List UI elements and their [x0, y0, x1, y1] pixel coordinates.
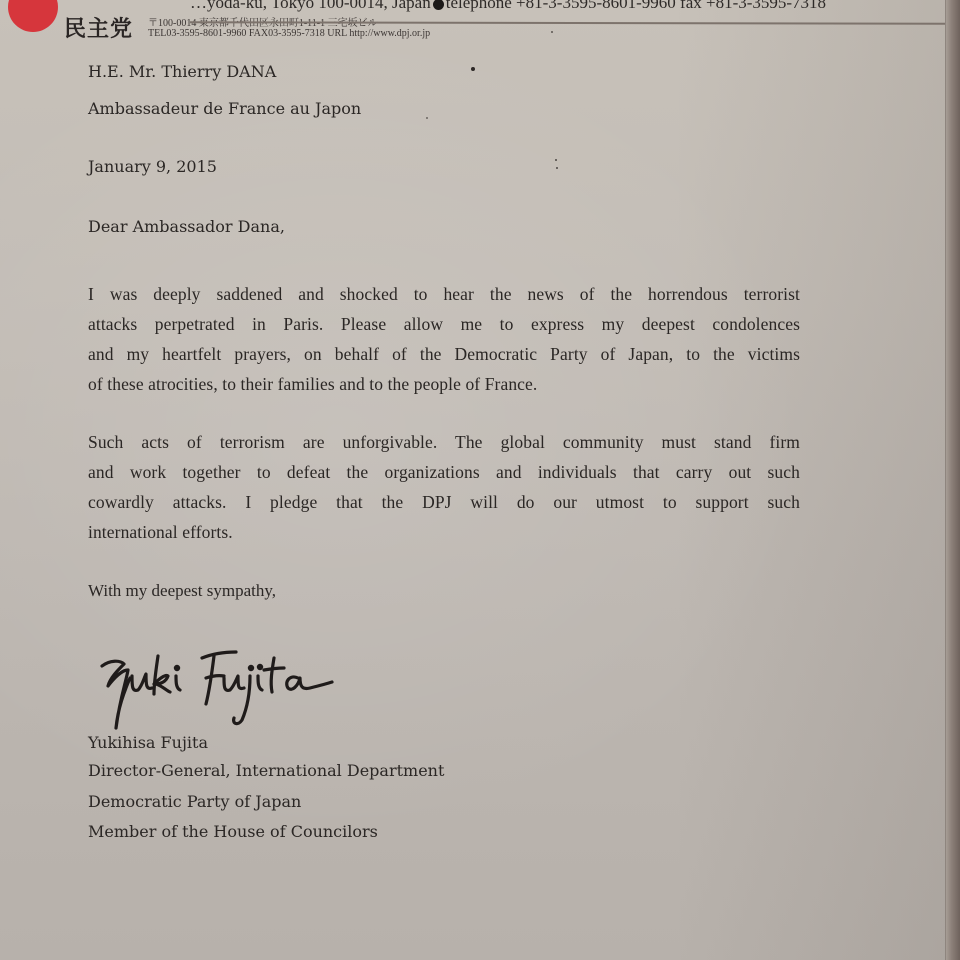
paragraph-line: I was deeply saddened and shocked to hea… — [88, 279, 800, 309]
paper-speck — [556, 167, 558, 169]
letterhead-contact-jp: TEL03-3595-8601-9960 FAX03-3595-7318 URL… — [148, 28, 430, 39]
page-edge — [945, 0, 960, 960]
signatory-position: Director-General, International Departme… — [88, 761, 444, 780]
paper-speck — [426, 117, 428, 119]
salutation: Dear Ambassador Dana, — [88, 217, 285, 236]
recipient-title: Ambassadeur de France au Japon — [88, 99, 361, 118]
paragraph-line: of these atrocities, to their families a… — [88, 369, 800, 399]
party-logo-red-circle — [8, 0, 58, 32]
signatory-membership: Member of the House of Councilors — [88, 822, 378, 841]
paragraph-line: and my heartfelt prayers, on behalf of t… — [88, 339, 800, 369]
letterhead-top-address: …yoda-ku, Tokyo 100-0014, Japan — [190, 0, 431, 12]
paper-speck — [471, 67, 475, 71]
letter-date: January 9, 2015 — [88, 157, 217, 176]
paragraph-line: Such acts of terrorism are unforgivable.… — [88, 427, 800, 457]
paragraph-1: I was deeply saddened and shocked to hea… — [88, 279, 800, 399]
paper-speck — [555, 159, 557, 161]
handwritten-signature — [98, 648, 358, 738]
bullet-icon — [433, 0, 444, 10]
recipient-name: H.E. Mr. Thierry DANA — [88, 62, 276, 81]
party-logo-text: 民主党 — [64, 12, 133, 43]
paragraph-line: international efforts. — [88, 517, 800, 547]
signatory-organization: Democratic Party of Japan — [88, 792, 301, 811]
paragraph-line: cowardly attacks. I pledge that the DPJ … — [88, 487, 800, 517]
paragraph-line: and work together to defeat the organiza… — [88, 457, 800, 487]
letter-photo: 民主党 〒100-0014 東京都千代田区永田町1-11-1 三宅坂ビル TEL… — [0, 0, 960, 960]
closing: With my deepest sympathy, — [88, 581, 276, 601]
letterhead-top-line: …yoda-ku, Tokyo 100-0014, Japantelephone… — [190, 0, 946, 18]
paragraph-2: Such acts of terrorism are unforgivable.… — [88, 427, 800, 547]
paragraph-line: attacks perpetrated in Paris. Please all… — [88, 309, 800, 339]
letterhead-top-contact: telephone +81-3-3595-8601-9960 fax +81-3… — [446, 0, 826, 12]
paper-speck — [551, 31, 553, 33]
